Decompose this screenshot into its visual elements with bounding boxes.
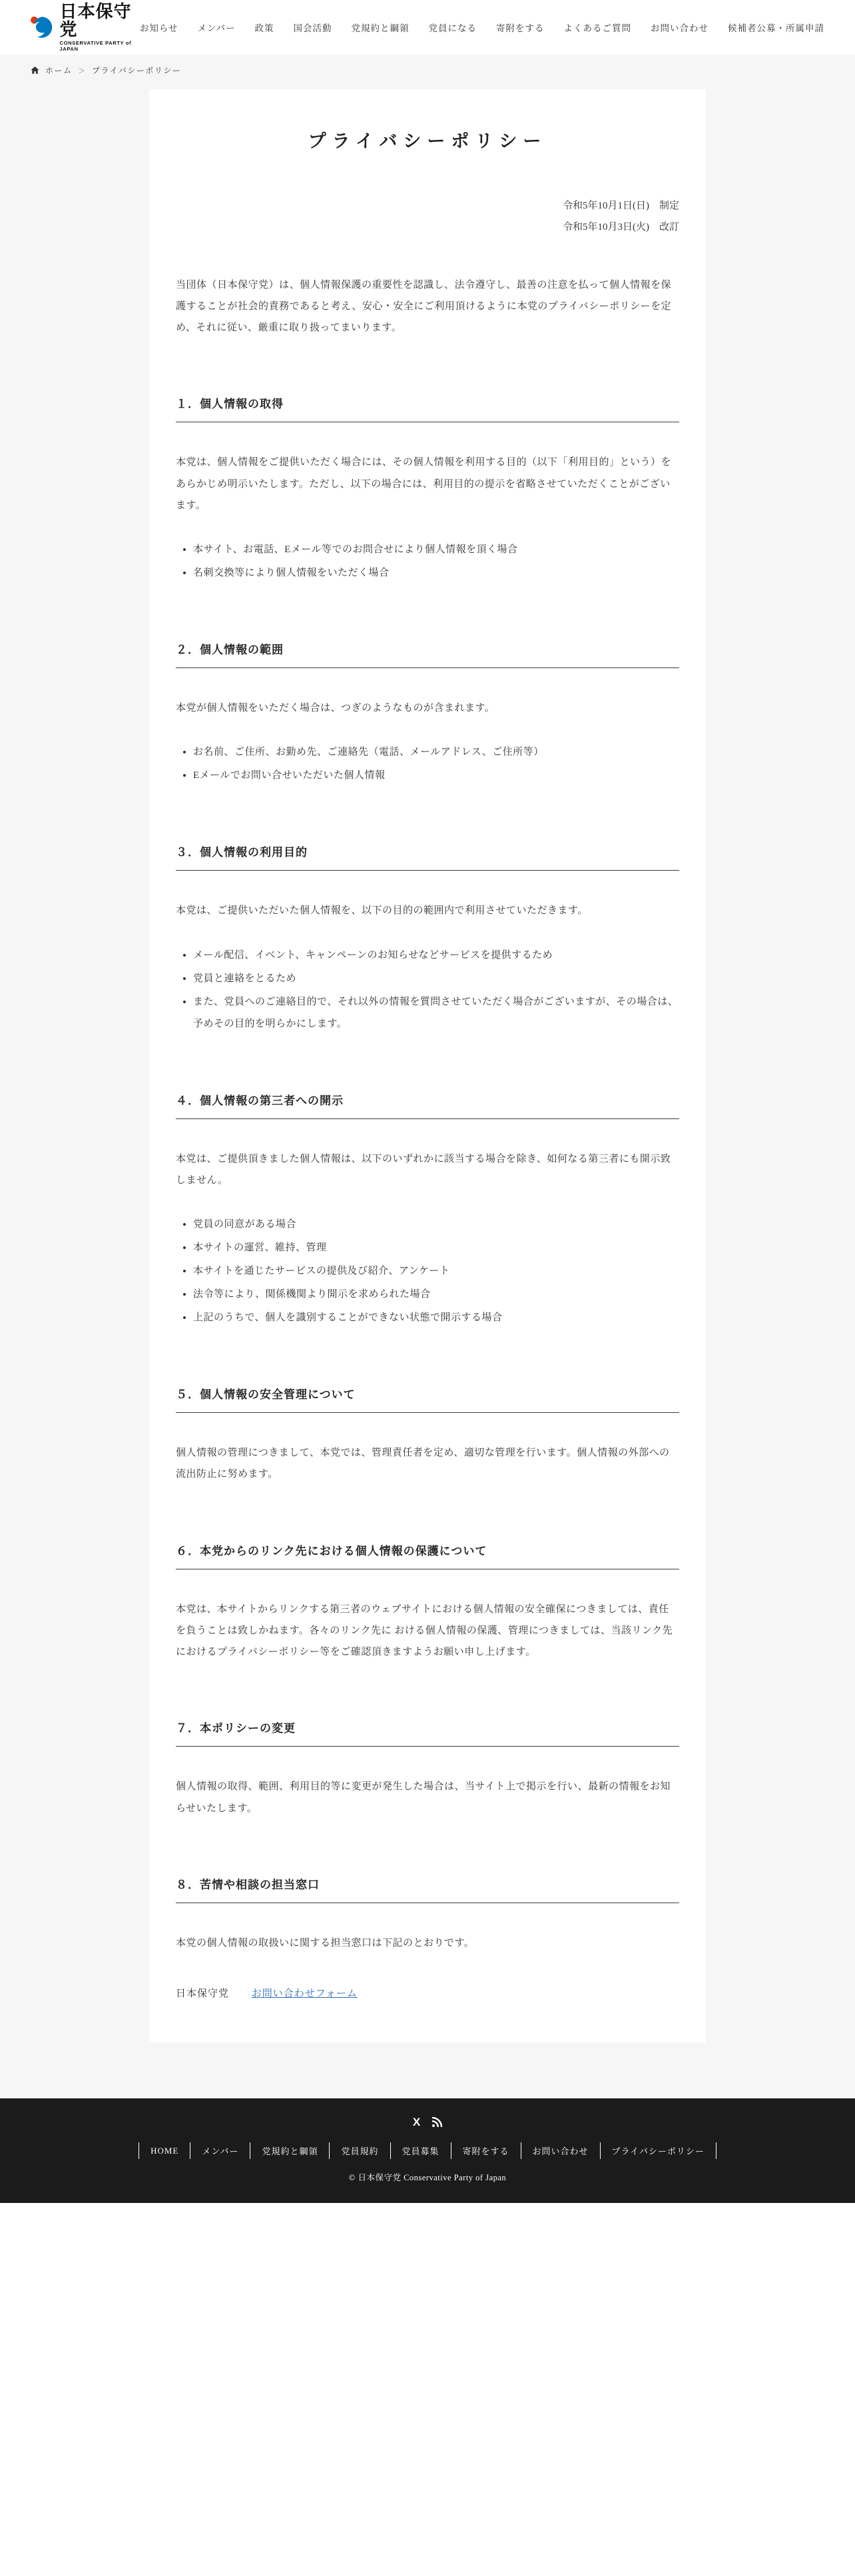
policy-dates: 令和5年10月1日(日) 制定 令和5年10月3日(火) 改訂 [176,195,679,238]
bullet-item: また、党員へのご連絡目的で、それ以外の情報を質問させていただく場合がございますが… [193,991,679,1035]
breadcrumb: ホーム ＞ プライバシーポリシー [0,55,855,84]
footer-link-member-recruitment[interactable]: 党員募集 [402,2144,439,2157]
contact-line: 日本保守党 お問い合わせフォーム [176,1986,679,2000]
section-bullet-list: 本サイト、お電話、Eメール等でのお問合せにより個人情報を頂く場合 名刺交換等によ… [176,539,679,584]
footer-link-members[interactable]: メンバー [202,2144,238,2157]
nav-item-donate[interactable]: 寄附をする [496,21,545,34]
section-body: 個人情報の管理につきまして、本党では、管理責任者を定め、適切な管理を行います。個… [176,1442,679,1486]
footer-nav-item: プライバシーポリシー [600,2142,716,2159]
nav-item-members[interactable]: メンバー [197,21,235,34]
party-logo[interactable]: 日本保守党 CONSERVATIVE PARTY of JAPAN [29,3,140,53]
section-body: 個人情報の取得、範囲、利用目的等に変更が発生した場合は、当サイト上で掲示を行い、… [176,1776,679,1819]
bullet-item: 名刺交換等により個人情報をいただく場合 [193,562,679,584]
section-body: 本党は、ご提供頂きました個人情報は、以下のいずれかに該当する場合を除き、如何なる… [176,1148,679,1192]
section-heading: ８．苦情や相談の担当窓口 [176,1875,679,1903]
footer-nav-item: 党員規約 [329,2142,390,2159]
section-heading: ３．個人情報の利用目的 [176,843,679,871]
nav-item-rules-platform[interactable]: 党規約と綱領 [352,21,410,34]
policy-intro: 当団体（日本保守党）は、個人情報保護の重要性を認識し、法令遵守し、最善の注意を払… [176,274,679,339]
section-heading: １．個人情報の取得 [176,394,679,422]
x-icon[interactable]: X [413,2116,420,2129]
section-body: 本党は、ご提供いただいた個人情報を、以下の目的の範囲内で利用させていただきます。 [176,900,679,921]
footer-nav: HOME メンバー 党規約と綱領 党員規約 党員募集 寄附をする お問い合わせ … [0,2142,855,2159]
footer-nav-item: HOME [139,2142,190,2159]
home-icon [31,66,39,75]
section-bullet-list: メール配信、イベント、キャンペーンのお知らせなどサービスを提供するため 党員と連… [176,945,679,1035]
footer-link-privacy-policy[interactable]: プライバシーポリシー [612,2144,705,2157]
bullet-item: 党員の同意がある場合 [193,1214,679,1236]
party-name-en: CONSERVATIVE PARTY of JAPAN [59,40,139,52]
bullet-item: メール配信、イベント、キャンペーンのお知らせなどサービスを提供するため [193,945,679,967]
footer-link-contact[interactable]: お問い合わせ [533,2144,589,2157]
section-external-links: ６．本党からのリンク先における個人情報の保護について 本党は、本サイトからリンク… [176,1541,679,1663]
section-acquisition: １．個人情報の取得 本党は、個人情報をご提供いただく場合には、その個人情報を利用… [176,394,679,584]
page-title: プライバシーポリシー [176,127,679,153]
section-complaints-desk: ８．苦情や相談の担当窓口 本党の個人情報の取扱いに関する担当窓口は下記のとおりで… [176,1875,679,2000]
nav-item-diet-activities[interactable]: 国会活動 [294,21,332,34]
bullet-item: 上記のうちで、個人を識別することができない状態で開示する場合 [193,1307,679,1329]
section-policy-changes: ７．本ポリシーの変更 個人情報の取得、範囲、利用目的等に変更が発生した場合は、当… [176,1719,679,1819]
bullet-item: 本サイトの運営、維持、管理 [193,1237,679,1259]
section-heading: ６．本党からのリンク先における個人情報の保護について [176,1541,679,1569]
breadcrumb-current: プライバシーポリシー [92,65,181,76]
rss-icon[interactable] [431,2117,442,2128]
section-body: 本党は、本サイトからリンクする第三者のウェブサイトにおける個人情報の安全確保につ… [176,1599,679,1663]
footer-link-home[interactable]: HOME [150,2146,178,2156]
section-heading: ２．個人情報の範囲 [176,640,679,668]
nav-item-join[interactable]: 党員になる [429,21,477,34]
bullet-item: 本サイト、お電話、Eメール等でのお問合せにより個人情報を頂く場合 [193,539,679,561]
bullet-item: 党員と連絡をとるため [193,968,679,990]
enacted-date: 令和5年10月1日(日) 制定 [176,195,679,216]
section-purpose: ３．個人情報の利用目的 本党は、ご提供いただいた個人情報を、以下の目的の範囲内で… [176,843,679,1035]
section-heading: ４．個人情報の第三者への開示 [176,1091,679,1119]
section-bullet-list: お名前、ご住所、お勤め先、ご連絡先（電話、メールアドレス、ご住所等） Eメールで… [176,741,679,787]
footer-nav-item: 寄附をする [451,2142,521,2159]
nav-item-faq[interactable]: よくあるご質問 [564,21,632,34]
revised-date: 令和5年10月3日(火) 改訂 [176,216,679,238]
site-header: 日本保守党 CONSERVATIVE PARTY of JAPAN お知らせ メ… [0,0,855,55]
party-name: 日本保守党 [59,3,139,39]
copyright: © 日本保守党 Conservative Party of Japan [0,2171,855,2183]
section-body: 本党の個人情報の取扱いに関する担当窓口は下記のとおりです。 [176,1932,679,1954]
section-heading: ５．個人情報の安全管理について [176,1385,679,1413]
bullet-item: お名前、ご住所、お勤め先、ご連絡先（電話、メールアドレス、ご住所等） [193,741,679,763]
privacy-policy-card: プライバシーポリシー 令和5年10月1日(日) 制定 令和5年10月3日(火) … [149,89,706,2042]
bullet-item: 法令等により、関係機関より開示を求められた場合 [193,1284,679,1306]
footer-nav-item: メンバー [190,2142,250,2159]
contact-form-link[interactable]: お問い合わせフォーム [252,1988,358,1999]
footer-link-rules-platform[interactable]: 党規約と綱領 [262,2144,318,2157]
bullet-item: 本サイトを通じたサービスの提供及び紹介、アンケート [193,1260,679,1282]
social-row: X [0,2116,855,2129]
footer-nav-item: 党規約と綱領 [250,2142,329,2159]
section-body: 本党が個人情報をいただく場合は、つぎのようなものが含まれます。 [176,697,679,719]
footer-link-donate[interactable]: 寄附をする [463,2144,509,2157]
main-nav: お知らせ メンバー 政策 国会活動 党規約と綱領 党員になる 寄附をする よくあ… [140,21,824,34]
nav-item-news[interactable]: お知らせ [140,21,178,34]
breadcrumb-home-link[interactable]: ホーム [45,65,73,76]
nav-item-contact[interactable]: お問い合わせ [651,21,709,34]
nav-item-candidate-recruitment[interactable]: 候補者公募・所属申請 [728,21,824,34]
party-logo-icon [29,13,53,41]
bullet-item: Eメールでお問い合せいただいた個人情報 [193,765,679,787]
contact-org: 日本保守党 [176,1988,229,1999]
section-bullet-list: 党員の同意がある場合 本サイトの運営、維持、管理 本サイトを通じたサービスの提供… [176,1214,679,1329]
section-security: ５．個人情報の安全管理について 個人情報の管理につきまして、本党では、管理責任者… [176,1385,679,1486]
nav-item-policy[interactable]: 政策 [255,21,274,34]
site-footer: X HOME メンバー 党規約と綱領 党員規約 党員募集 寄附をする お問い合わ… [0,2098,855,2203]
section-heading: ７．本ポリシーの変更 [176,1719,679,1747]
section-body: 本党は、個人情報をご提供いただく場合には、その個人情報を利用する目的（以下「利用… [176,452,679,516]
footer-nav-item: 党員募集 [390,2142,451,2159]
party-logo-text: 日本保守党 CONSERVATIVE PARTY of JAPAN [59,3,139,53]
section-third-party: ４．個人情報の第三者への開示 本党は、ご提供頂きました個人情報は、以下のいずれか… [176,1091,679,1330]
bottom-spacer [0,2203,855,2576]
footer-link-member-rules[interactable]: 党員規約 [341,2144,378,2157]
breadcrumb-separator: ＞ [79,65,87,75]
footer-nav-item: お問い合わせ [521,2142,600,2159]
section-scope: ２．個人情報の範囲 本党が個人情報をいただく場合は、つぎのようなものが含まれます… [176,640,679,787]
